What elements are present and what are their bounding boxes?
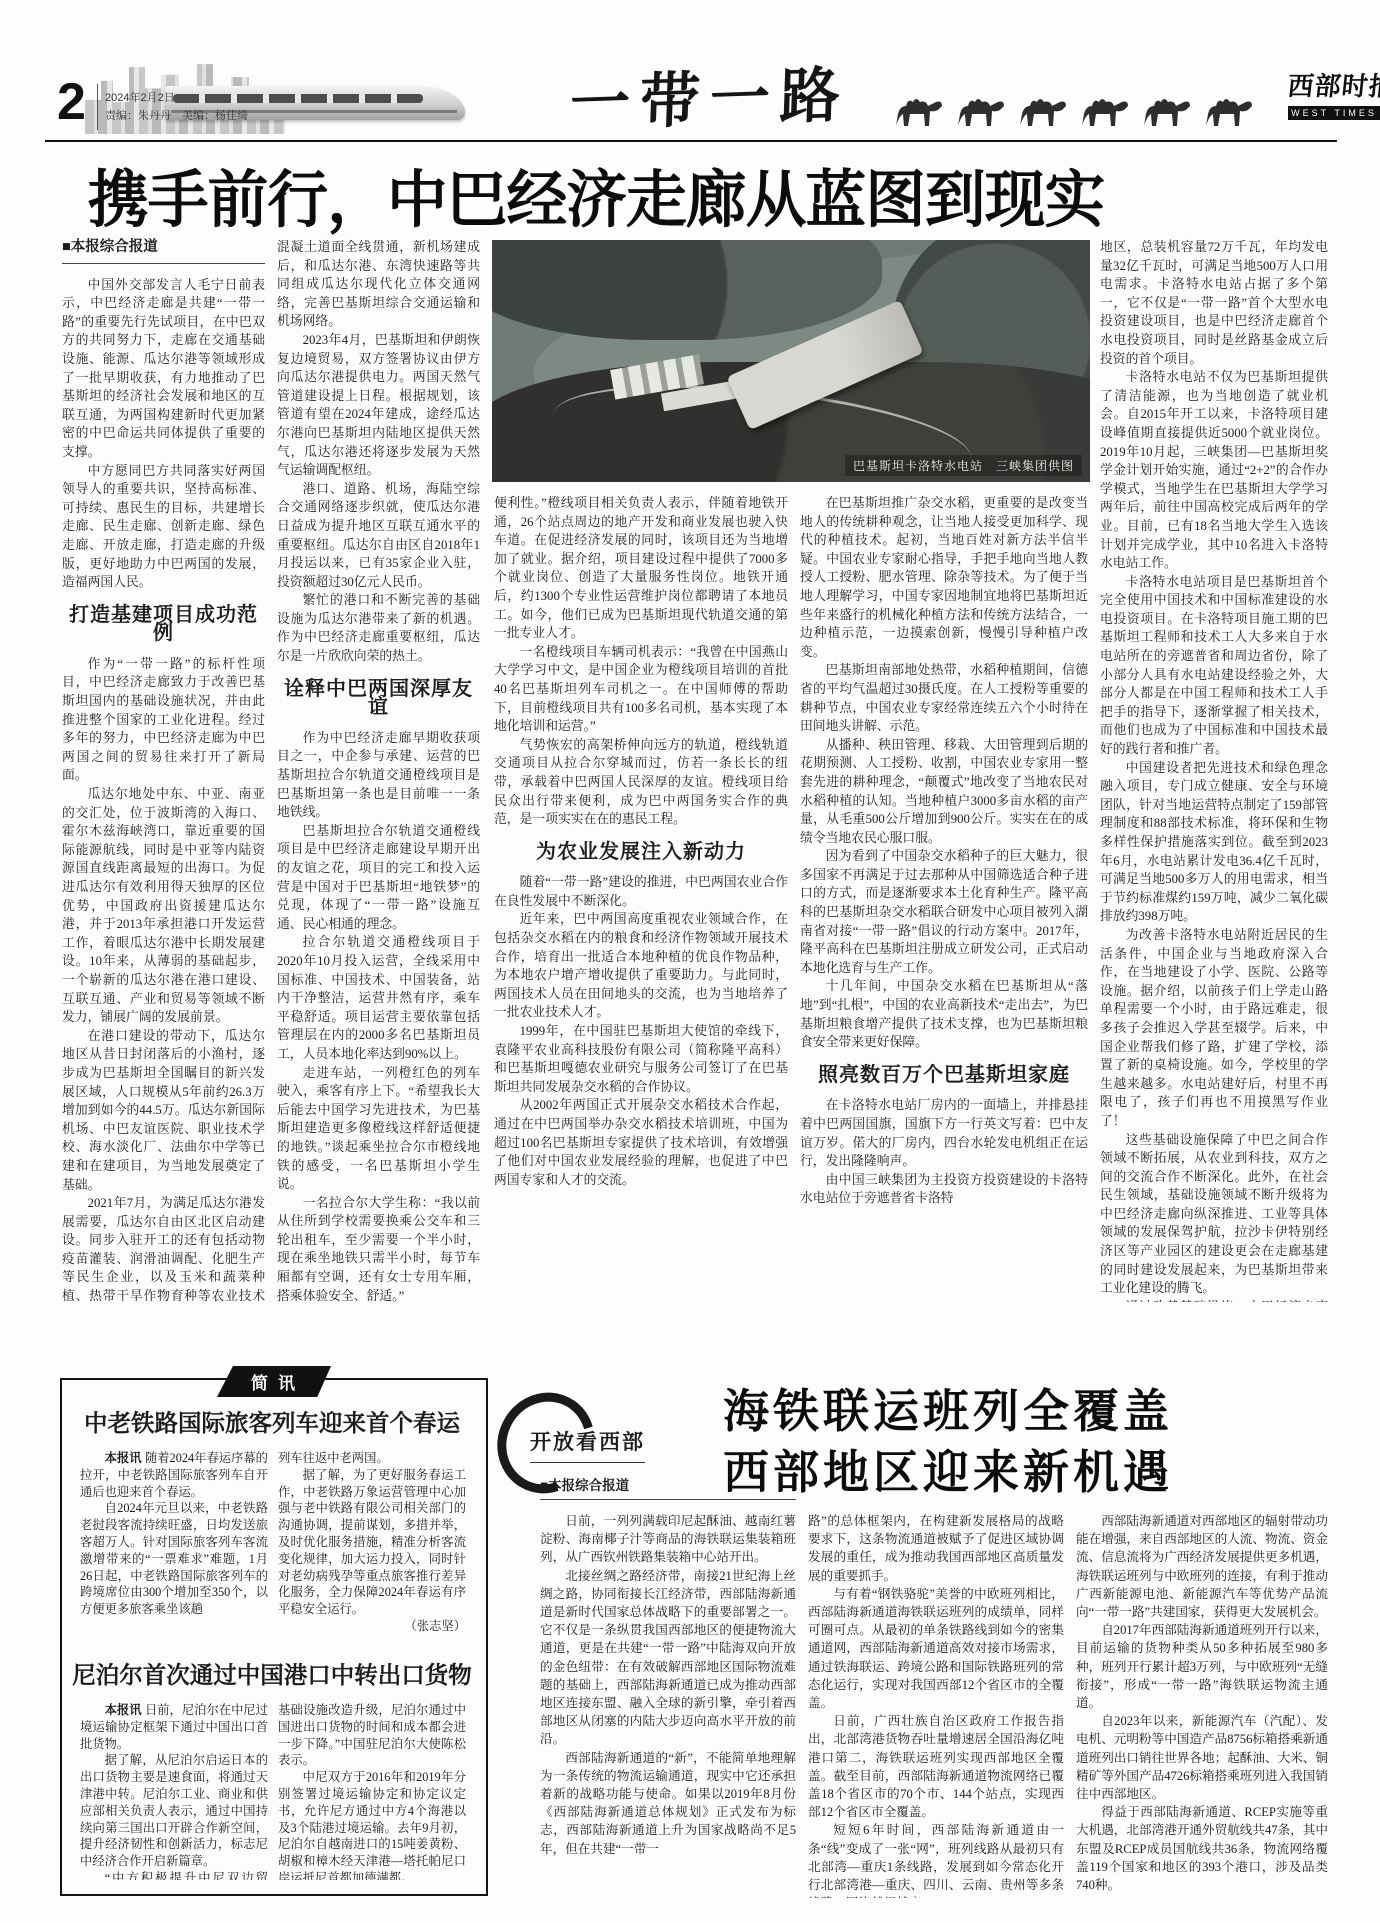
- paragraph: 作为中巴经济走廊早期收获项目之一，中企参与承建、运营的巴基斯坦拉合尔轨道交通橙线…: [277, 729, 480, 822]
- article-column-2: 混凝土道面全线贯通，新机场建成后，和瓜达尔港、东湾快速路等共同组成瓜达尔现代化立…: [277, 238, 480, 1302]
- paragraph: 瓜达尔地处中东、中亚、南亚的交汇处，位于波斯湾的入海口、霍尔木兹海峡湾口，靠近重…: [62, 785, 265, 1027]
- paragraph: 北接丝绸之路经济带，南接21世纪海上丝绸之路，协同衔接长江经济带，西部陆海新通道…: [540, 1567, 796, 1749]
- paragraph: 西部陆海新通道对西部地区的辐射带动功能在增强，来自西部地区的人流、物流、资金流、…: [1076, 1512, 1328, 1621]
- paragraph: 自2024年元旦以来，中老铁路老挝段客流持续旺盛，日均发送旅客超万人。针对国际旅…: [80, 1500, 268, 1618]
- brief1-column-2: 列车往返中老两国。据了解，为了更好服务春运工作，中老铁路万象运营管理中心加强与老…: [278, 1450, 466, 1640]
- brief2-headline: 尼泊尔首次通过中国港口中转出口货物: [72, 1656, 472, 1690]
- date-block: 2024年2月2日 责编：朱丹丹 美编：杨佳绮: [105, 90, 275, 125]
- paragraph: 日前，广西壮族自治区政府工作报告指出，北部湾港货物吞吐量增速居全国沿海亿吨港口第…: [808, 1712, 1064, 1821]
- paragraph: 短短6年时间，西部陆海新通道由一条“线”变成了一张“网”，班列线路从最初只有北部…: [808, 1821, 1064, 1898]
- paragraph: 十几年间，中国杂交水稻在巴基斯坦从“落地”到“扎根”，中国的农业高新技术“走出去…: [800, 977, 1088, 1051]
- briefs-tab: 简讯: [217, 1366, 331, 1397]
- west-column-1: 日前，一列列满载印尼起酥油、越南红薯淀粉、海南椰子汁等商品的海铁联运集装箱班列，…: [540, 1512, 796, 1898]
- paragraph: 基础设施改造升级，尼泊尔通过中国进出口货物的时间和成本都会进一步下降。”中国驻尼…: [278, 1702, 466, 1769]
- paragraph: 卡洛特水电站不仅为巴基斯坦提供了清洁能源，也为当地创造了就业机会。自2015年开…: [1100, 368, 1328, 573]
- paragraph: 由中国三峡集团为主投资方投资建设的卡洛特水电站位于旁遮普省卡洛特: [800, 1171, 1088, 1208]
- paragraph: 中国外交部发言人毛宁日前表示，中巴经济走廊是共建“一带一路”的重要先行先试项目，…: [62, 276, 265, 462]
- paragraph: 通过改善基础设施，中巴经济走廊拉近了两个国家之间的距离，在整个区域的互联互通方面…: [1100, 1298, 1328, 1302]
- paragraph: 中方愿同巴方共同落实好两国领导人的重要共识，坚持高标准、可持续、惠民生的目标，共…: [62, 462, 265, 592]
- paragraph: “中方积极提升中尼双边贸易，相信随着更多陆路口岸开放以及公路等: [80, 1870, 268, 1880]
- masthead-english: WEST TIMES: [1288, 106, 1380, 120]
- subheading: 打造基建项目成功范例: [62, 606, 265, 643]
- masthead-chinese: 西部时报: [1286, 66, 1380, 103]
- paragraph: 在港口建设的带动下，瓜达尔地区从昔日封闭落后的小渔村，逐步成为巴基斯坦全国瞩目的…: [62, 1027, 265, 1194]
- author-signature: （张志坚）: [278, 1618, 466, 1635]
- paragraph: 一名拉合尔大学生称：“我以前从住所到学校需要换乘公交车和三轮出租车，至少需要一个…: [277, 1194, 480, 1302]
- paragraph: 港口、道路、机场，海陆空综合交通网络逐步织就，使瓜达尔港日益成为提升地区互联互通…: [277, 480, 480, 592]
- paragraph: 混凝土道面全线贯通，新机场建成后，和瓜达尔港、东湾快速路等共同组成瓜达尔现代化立…: [277, 238, 480, 331]
- date-line: 2024年2月2日: [105, 90, 275, 108]
- article-photo: 巴基斯坦卡洛特水电站 三峡集团供图: [492, 240, 1090, 482]
- paragraph: 列车往返中老两国。: [278, 1450, 466, 1467]
- paragraph: 中尼双方于2016年和2019年分别签署过境运输协定和协定议定书，允许尼方通过中…: [278, 1769, 466, 1880]
- editor-line: 责编：朱丹丹 美编：杨佳绮: [105, 108, 275, 126]
- subheading: 诠释中巴两国深厚友谊: [277, 680, 480, 717]
- paragraph: 2021年7月，为满足瓜达尔港发展需要，瓜达尔自由区北区启动建设。同步入驻开工的…: [62, 1194, 265, 1302]
- paragraph: 为改善卡洛特水电站附近居民的生活条件，中国企业与当地政府深入合作，在当地建设了小…: [1100, 926, 1328, 1131]
- paragraph: 拉合尔轨道交通橙线项目于2020年10月投入运营，全线采用中国标准、中国技术、中…: [277, 933, 480, 1063]
- west-headline-line1: 海铁联运班列全覆盖: [648, 1382, 1248, 1443]
- paragraph: 中国建设者把先进技术和绿色理念融入项目，专门成立健康、安全与环境团队，针对当地运…: [1100, 759, 1328, 926]
- west-byline: ■本报综合报道: [540, 1474, 796, 1500]
- paragraph: 巴基斯坦拉合尔轨道交通橙线项目是中巴经济走廊建设早期开出的友谊之花，项目的完工和…: [277, 822, 480, 934]
- page-header: 2 2024年2月2日 责编：朱丹丹 美编：杨佳绮 一带一路: [45, 58, 1337, 138]
- paragraph: 从2002年两国正式开展杂交水稻技术合作起，通过在中巴两国举办杂交水稻技术培训班…: [494, 1096, 788, 1189]
- article-column-5: 地区，总装机容量72万千瓦，年均发电量32亿千瓦时，可满足当地500万人口用电需…: [1100, 238, 1328, 1302]
- brief2-column-2: 基础设施改造升级，尼泊尔通过中国进出口货物的时间和成本都会进一步下降。”中国驻尼…: [278, 1702, 466, 1880]
- west-logo-label: 开放看西部: [530, 1426, 645, 1463]
- brief1-headline: 中老铁路国际旅客列车迎来首个春运: [72, 1404, 472, 1438]
- paragraph: 作为“一带一路”的标杆性项目，中巴经济走廊致力于改善巴基斯坦国内的基础设施状况，…: [62, 655, 265, 785]
- masthead: 西部时报 WEST TIMES: [1288, 66, 1380, 120]
- paragraph: 日前，一列列满载印尼起酥油、越南红薯淀粉、海南椰子汁等商品的海铁联运集装箱班列，…: [540, 1512, 796, 1567]
- paragraph: 据了解，为了更好服务春运工作，中老铁路万象运营管理中心加强与老中铁路有限公司相关…: [278, 1467, 466, 1618]
- paragraph: 据了解，从尼泊尔启运日本的出口货物主要是速食面，将通过天津港中转。尼泊尔工业、商…: [80, 1752, 268, 1870]
- subheading: 照亮数百万个巴基斯坦家庭: [800, 1066, 1088, 1085]
- paragraph: 繁忙的港口和不断完善的基础设施为瓜达尔港带来了新的机遇。作为中巴经济走廊重要枢纽…: [277, 591, 480, 665]
- header-rule: [45, 140, 1337, 142]
- west-column-3: 西部陆海新通道对西部地区的辐射带动功能在增强，来自西部地区的人流、物流、资金流、…: [1076, 1512, 1328, 1898]
- paragraph: 随着“一带一路”建设的推进，中巴两国农业合作在良性发展中不断深化。: [494, 873, 788, 910]
- article-column-4: 在巴基斯坦推广杂交水稻，更重要的是改变当地人的传统耕种观念，让当地人接受更加科学…: [800, 494, 1088, 1302]
- page-number: 2: [57, 76, 86, 128]
- paragraph: 卡洛特水电站项目是巴基斯坦首个完全使用中国技术和中国标准建设的水电投资项目。在卡…: [1100, 573, 1328, 759]
- paragraph: 在巴基斯坦推广杂交水稻，更重要的是改变当地人的传统耕种观念，让当地人接受更加科学…: [800, 494, 1088, 661]
- west-column-2: 路”的总体框架内，在构建新发展格局的战略要求下，这条物流通道被赋予了促进区域协调…: [808, 1512, 1064, 1898]
- article-column-1: ■本报综合报道中国外交部发言人毛宁日前表示，中巴经济走廊是共建“一带一路”的重要…: [62, 238, 265, 1302]
- paragraph: 从播种、秧田管理、移栽、大田管理到后期的花期预测、人工授粉、收割，中国农业专家用…: [800, 736, 1088, 848]
- belt-road-calligraphy: 一带一路: [549, 46, 872, 143]
- briefs-box: 简讯 中老铁路国际旅客列车迎来首个春运 本报讯 随着2024年春运序幕的拉开，中…: [60, 1378, 488, 1896]
- subheading: 为农业发展注入新动力: [494, 843, 788, 862]
- paragraph: 与有着“钢铁骆驼”美誉的中欧班列相比，西部陆海新通道海铁联运班列的成绩单，同样可…: [808, 1585, 1064, 1712]
- paragraph: 这些基础设施保障了中巴之间合作领域不断拓展，从农业到科技，双方之间的交流合作不断…: [1100, 1131, 1328, 1298]
- brief1-column-1: 本报讯 随着2024年春运序幕的拉开，中老铁路国际旅客列车自开通后也迎来首个春运…: [80, 1450, 268, 1640]
- paragraph: 得益于西部陆海新通道、RCEP实施等重大机遇，北部湾港开通外贸航线共47条，其中…: [1076, 1803, 1328, 1894]
- byline: ■本报综合报道: [62, 238, 265, 264]
- paragraph: 1999年，在中国驻巴基斯坦大使馆的牵线下，袁隆平农业高科技股份有限公司（简称隆…: [494, 1022, 788, 1096]
- paragraph: 地区，总装机容量72万千瓦，年均发电量32亿千瓦时，可满足当地500万人口用电需…: [1100, 238, 1328, 368]
- paragraph: 2023年4月，巴基斯坦和伊朗恢复边境贸易，双方签署协议由伊方向瓜达尔港提供电力…: [277, 331, 480, 480]
- paragraph: 因为看到了中国杂交水稻种子的巨大魅力，很多国家不再满足于过去那种从中国筛选适合种…: [800, 847, 1088, 977]
- paragraph: 巴基斯坦南部地处热带，水稻种植期间，信德省的平均气温超过30摄氏度。在人工授粉等…: [800, 661, 1088, 735]
- main-headline: 携手前行，中巴经济走廊从蓝图到现实: [88, 150, 1303, 239]
- brief2-column-1: 本报讯 日前，尼泊尔在中尼过境运输协定框架下通过中国出口首批货物。据了解，从尼泊…: [80, 1702, 268, 1880]
- article-column-3: 便利性。”橙线项目相关负责人表示，伴随着地铁开通，26个站点周边的地产开发和商业…: [494, 494, 788, 1302]
- paragraph: 自2023年以来，新能源汽车（汽配）、发电机、元明粉等中国造产品8756标箱搭乘…: [1076, 1712, 1328, 1803]
- paragraph: 近年来，巴中两国高度重视农业领域合作，在包括杂交水稻在内的粮食和经济作物领域开展…: [494, 910, 788, 1022]
- paragraph: 气势恢宏的高架桥伸向远方的轨道，橙线轨道交通项目从拉合尔穿城而过，仿若一条长长的…: [494, 736, 788, 829]
- paragraph: 本报讯 日前，尼泊尔在中尼过境运输协定框架下通过中国出口首批货物。: [80, 1702, 268, 1752]
- paragraph: 在卡洛特水电站厂房内的一面墙上，并排悬挂着中巴两国国旗，国旗下方一行英文写着：巴…: [800, 1096, 1088, 1170]
- photo-caption: 巴基斯坦卡洛特水电站 三峡集团供图: [845, 455, 1082, 476]
- camel-caravan-icon: [890, 84, 1280, 134]
- paragraph: 自2017年西部陆海新通道班列开行以来，目前运输的货物种类从50多种拓展至980…: [1076, 1621, 1328, 1712]
- paragraph: 路”的总体框架内，在构建新发展格局的战略要求下，这条物流通道被赋予了促进区域协调…: [808, 1512, 1064, 1585]
- paragraph: 西部陆海新通道的“新”，不能简单地理解为一条传统的物流运输通道，现实中它还承担着…: [540, 1749, 796, 1858]
- header-divider: [97, 84, 98, 130]
- paragraph: 本报讯 随着2024年春运序幕的拉开，中老铁路国际旅客列车自开通后也迎来首个春运…: [80, 1450, 268, 1500]
- newspaper-page: 2 2024年2月2日 责编：朱丹丹 美编：杨佳绮 一带一路: [0, 0, 1380, 1923]
- paragraph: 一名橙线项目车辆司机表示：“我曾在中国燕山大学学习中文，是中国企业为橙线项目培训…: [494, 643, 788, 736]
- paragraph: 便利性。”橙线项目相关负责人表示，伴随着地铁开通，26个站点周边的地产开发和商业…: [494, 494, 788, 643]
- paragraph: 走进车站，一列橙红色的列车驶入，乘客有序上下。“希望我长大后能去中国学习先进技术…: [277, 1064, 480, 1194]
